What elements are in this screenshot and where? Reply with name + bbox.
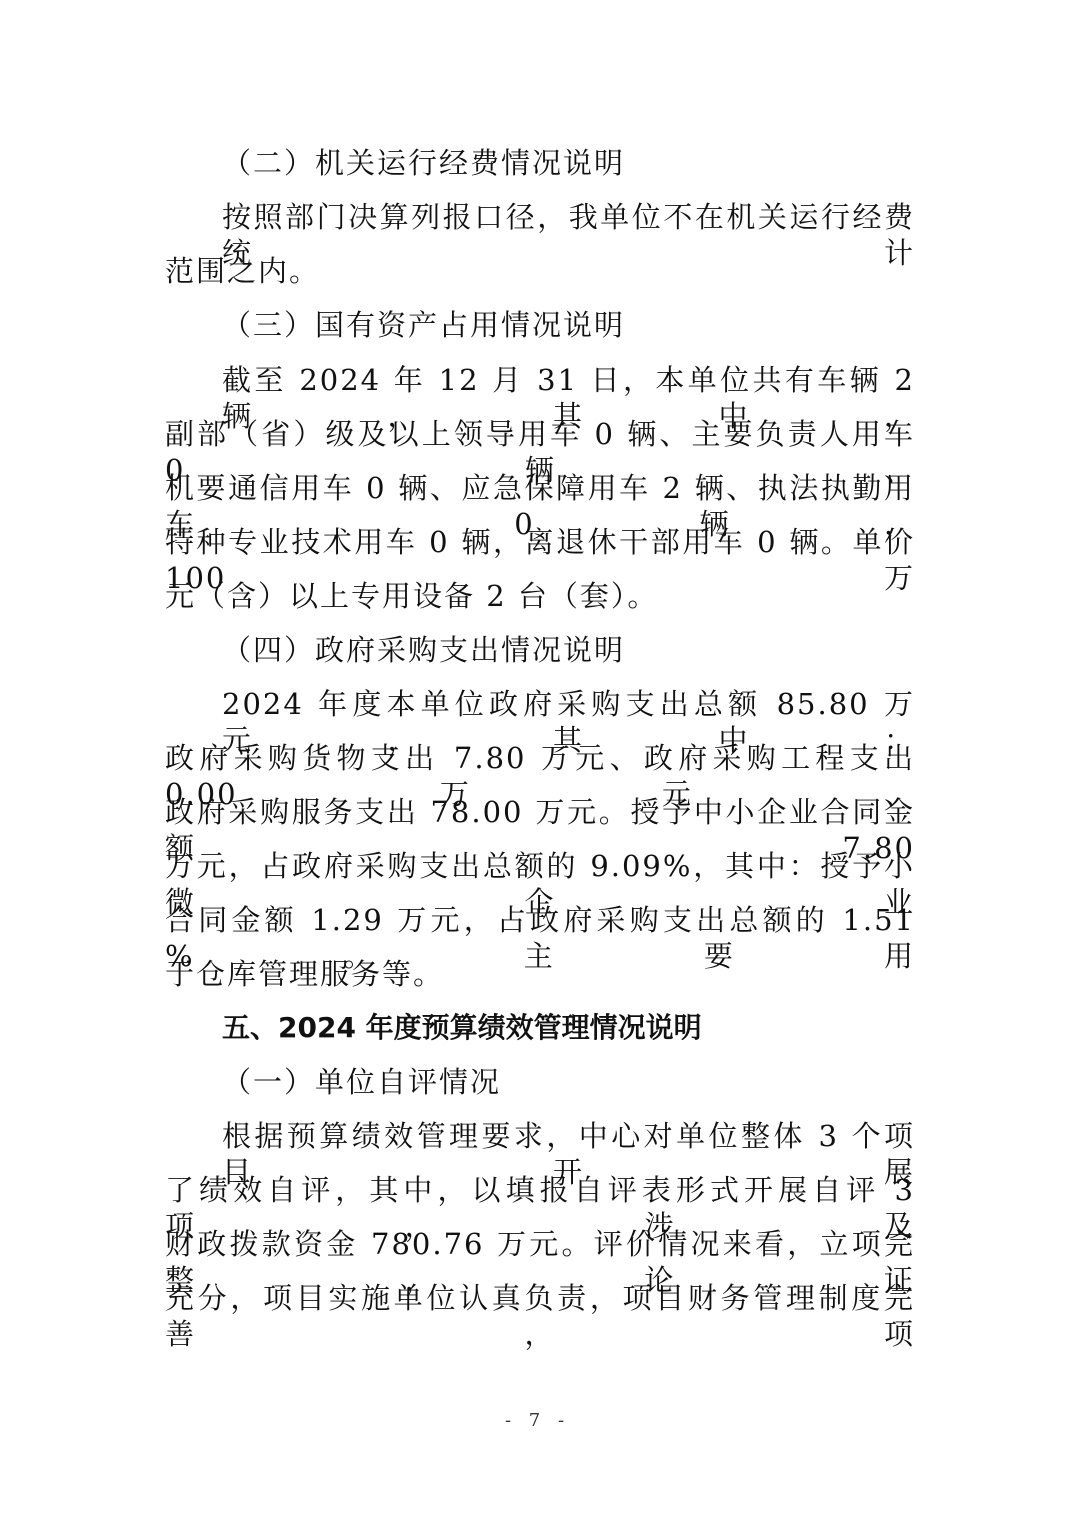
paragraph-line: 范围之内。	[165, 253, 915, 289]
paragraph-line: 充分，项目实施单位认真负责，项目财务管理制度完善，项	[165, 1280, 915, 1352]
chapter-heading-performance-management: 五、2024 年度预算绩效管理情况说明	[222, 1010, 972, 1046]
paragraph-line: 于仓库管理服务等。	[165, 956, 915, 992]
document-page: （二）机关运行经费情况说明 按照部门决算列报口径，我单位不在机关运行经费统计 范…	[0, 0, 1075, 1520]
paragraph-line: 元（含）以上专用设备 2 台（套）。	[165, 578, 915, 614]
section-heading-operating-expenses: （二）机关运行经费情况说明	[222, 145, 972, 181]
page-number: - 7 -	[0, 1410, 1075, 1431]
section-heading-self-evaluation: （一）单位自评情况	[222, 1064, 972, 1100]
section-heading-state-assets: （三）国有资产占用情况说明	[222, 307, 972, 343]
section-heading-government-procurement: （四）政府采购支出情况说明	[222, 632, 972, 668]
